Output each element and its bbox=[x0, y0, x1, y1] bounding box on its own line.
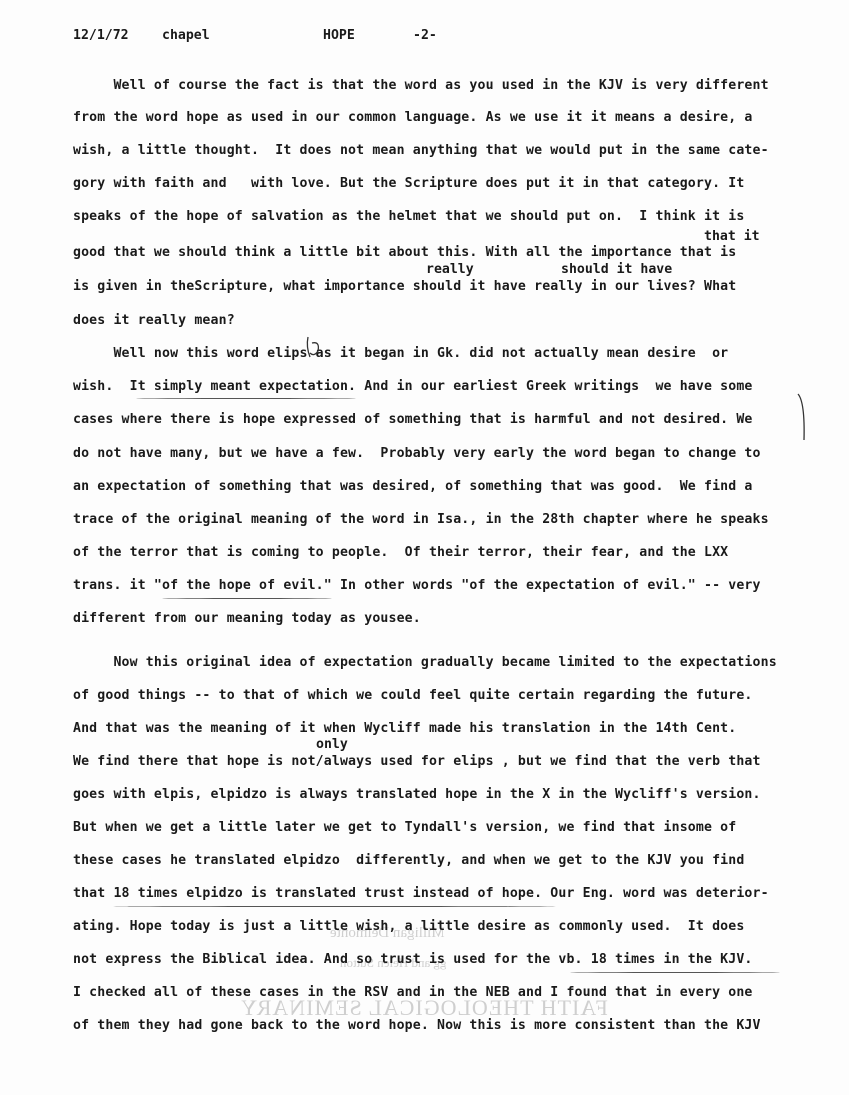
document-page: Milligan Delmonte gg and Helen Sutton FA… bbox=[0, 0, 849, 1095]
handwritten-correction-icon bbox=[300, 333, 330, 363]
body-line: do not have many, but we have a few. Pro… bbox=[73, 446, 761, 462]
handwritten-underline bbox=[570, 972, 780, 973]
body-line: gory with faith and with love. But the S… bbox=[73, 176, 744, 192]
handwritten-underline bbox=[136, 398, 356, 399]
body-line: of them they had gone back to the word h… bbox=[73, 1018, 761, 1034]
body-line: I checked all of these cases in the RSV … bbox=[73, 985, 753, 1001]
interlinear-insert: really bbox=[426, 263, 474, 277]
header-date: 12/1/72 bbox=[73, 28, 129, 43]
header-title: HOPE bbox=[323, 28, 355, 43]
body-line: is given in theScripture, what importanc… bbox=[73, 279, 736, 295]
body-line: cases where there is hope expressed of s… bbox=[73, 412, 753, 428]
body-line: ating. Hope today is just a little wish,… bbox=[73, 919, 744, 935]
body-line: these cases he translated elpidzo differ… bbox=[73, 853, 744, 869]
body-line: Well now this word elips as it began in … bbox=[73, 346, 728, 362]
body-line: goes with elpis, elpidzo is always trans… bbox=[73, 787, 761, 803]
body-line: trans. it "of the hope of evil." In othe… bbox=[73, 578, 761, 594]
body-line: speaks of the hope of salvation as the h… bbox=[73, 209, 744, 225]
body-line: not express the Biblical idea. And so tr… bbox=[73, 952, 753, 968]
body-line: does it really mean? bbox=[73, 313, 235, 329]
body-line: wish, a little thought. It does not mean… bbox=[73, 143, 769, 159]
body-line: from the word hope as used in our common… bbox=[73, 110, 753, 126]
handwritten-underline bbox=[162, 598, 332, 599]
header-occasion: chapel bbox=[162, 28, 210, 43]
body-line: But when we get a little later we get to… bbox=[73, 820, 736, 836]
header-page-number: -2- bbox=[413, 28, 437, 43]
body-line: good that we should think a little bit a… bbox=[73, 245, 736, 261]
interlinear-insert: that it bbox=[704, 230, 760, 244]
body-line: different from our meaning today as yous… bbox=[73, 611, 421, 627]
body-line: an expectation of something that was des… bbox=[73, 479, 753, 495]
body-line: trace of the original meaning of the wor… bbox=[73, 512, 769, 528]
body-line: that 18 times elpidzo is translated trus… bbox=[73, 886, 769, 902]
interlinear-insert: should it have bbox=[561, 263, 672, 277]
body-line: wish. It simply meant expectation. And i… bbox=[73, 379, 753, 395]
interlinear-insert: only bbox=[316, 738, 348, 752]
body-line: of good things -- to that of which we co… bbox=[73, 688, 753, 704]
handwritten-underline bbox=[112, 906, 557, 907]
body-line: And that was the meaning of it when Wycl… bbox=[73, 721, 736, 737]
margin-mark-icon bbox=[797, 392, 807, 442]
body-line: Now this original idea of expectation gr… bbox=[73, 655, 777, 671]
body-line: We find there that hope is not/always us… bbox=[73, 754, 761, 770]
body-line: of the terror that is coming to people. … bbox=[73, 545, 728, 561]
body-line: Well of course the fact is that the word… bbox=[73, 78, 769, 94]
